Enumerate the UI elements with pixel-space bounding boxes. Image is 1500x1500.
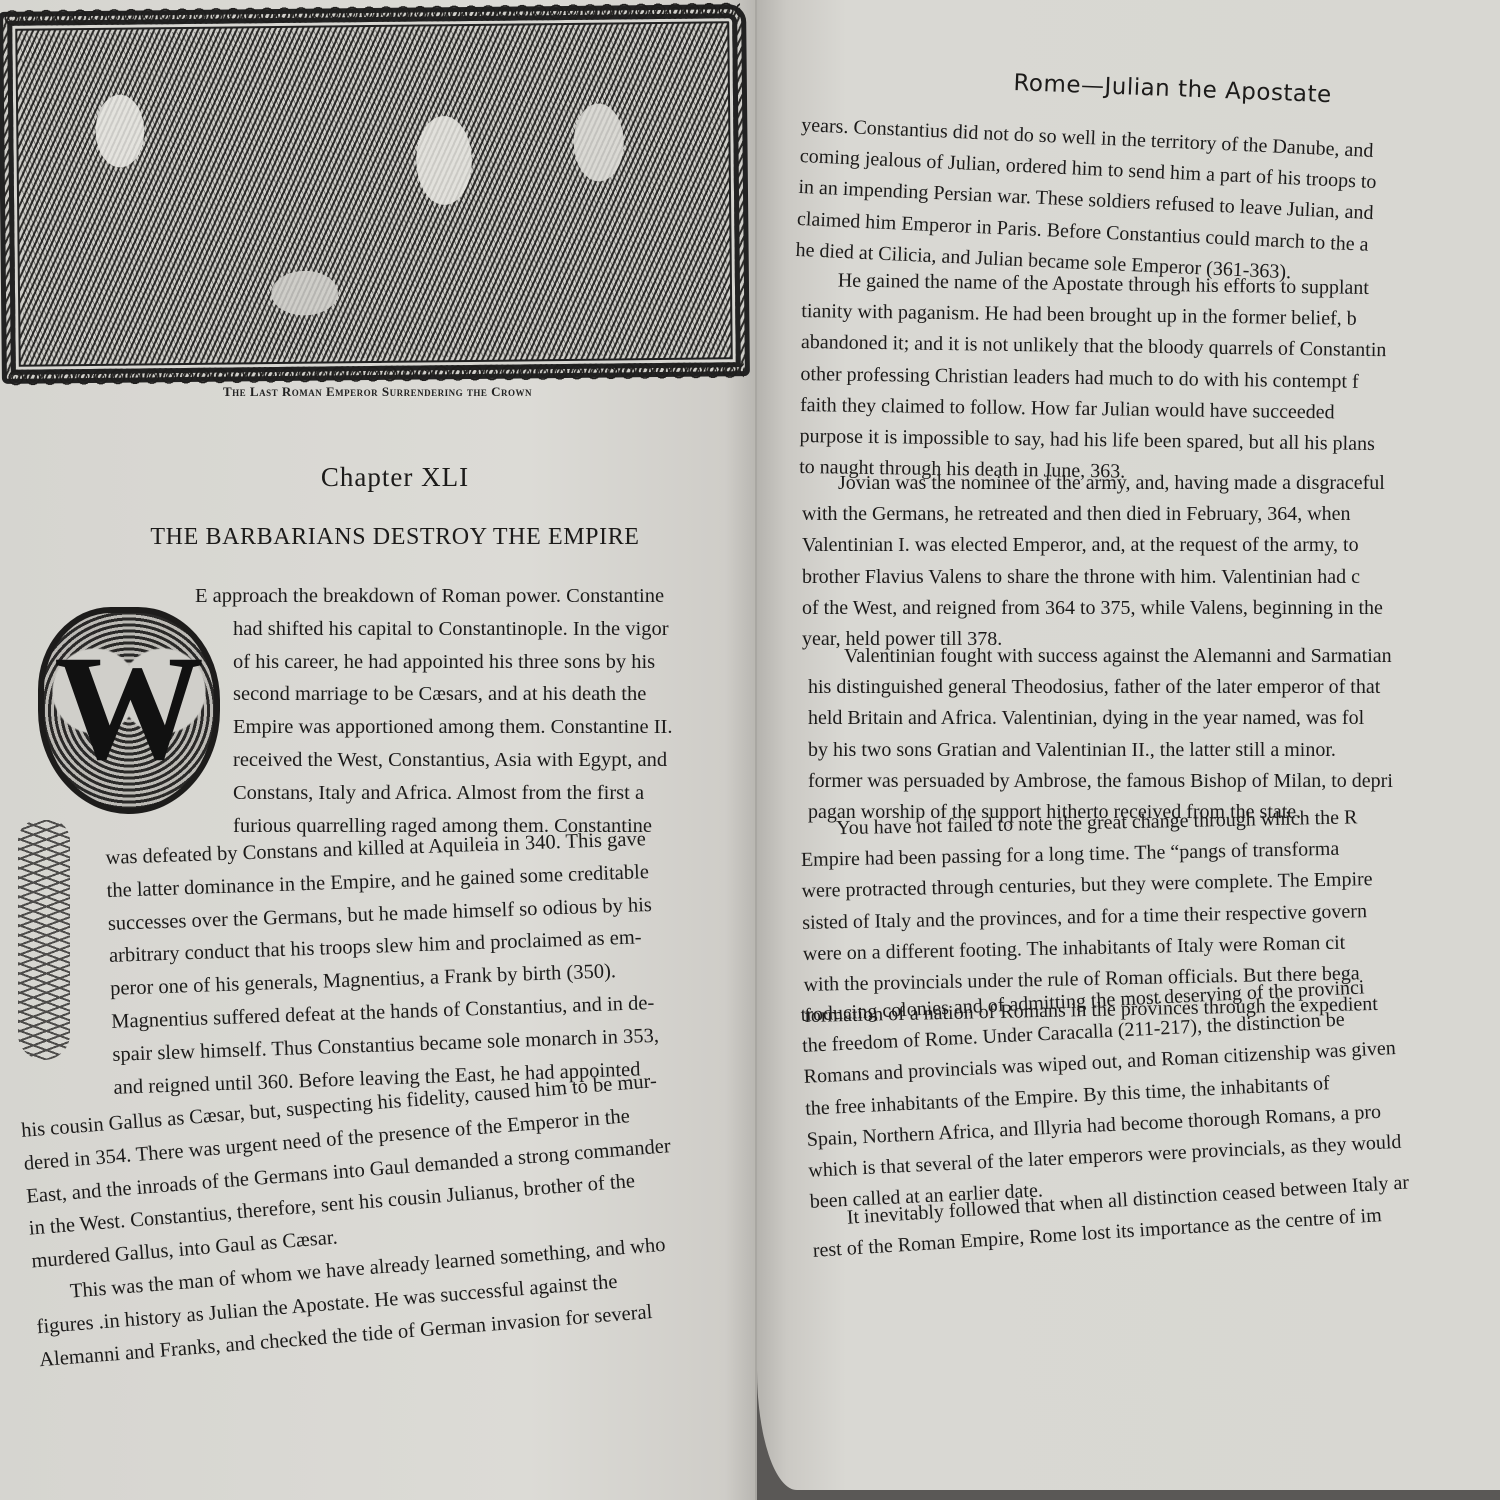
illuminated-drop-cap: W — [10, 572, 210, 822]
illustration-caption: The Last Roman Emperor Surrendering the … — [0, 384, 755, 400]
floral-vine-ornament — [18, 820, 70, 1060]
text-line: Valentinian fought with success against … — [808, 641, 1393, 672]
text-line: E approach the breakdown of Roman power.… — [195, 580, 673, 613]
right-paragraph-1: years. Constantius did not do so well in… — [795, 110, 1379, 292]
drop-cap-letter: W — [38, 607, 220, 814]
text-line: held Britain and Africa. Valentinian, dy… — [808, 703, 1393, 734]
text-line: Empire was apportioned among them. Const… — [233, 711, 673, 744]
text-line: Jovian was the nominee of the army, and,… — [802, 468, 1385, 499]
text-line: of his career, he had appointed his thre… — [233, 646, 673, 679]
right-paragraph-3: Jovian was the nominee of the army, and,… — [802, 468, 1385, 655]
text-line: received the West, Constantius, Asia wit… — [233, 744, 673, 777]
chapter-title: THE BARBARIANS DESTROY THE EMPIRE — [0, 524, 757, 551]
paragraph-1-continued: was defeated by Constans and killed at A… — [105, 823, 661, 1104]
chapter-illustration — [0, 4, 750, 384]
text-line: his distinguished general Theodosius, fa… — [808, 672, 1393, 703]
text-line: by his two sons Gratian and Valentinian … — [808, 735, 1393, 766]
left-page: The Last Roman Emperor Surrendering the … — [0, 0, 757, 1500]
right-paragraph-4: Valentinian fought with success against … — [808, 641, 1393, 828]
text-line: Constans, Italy and Africa. Almost from … — [233, 777, 673, 810]
text-line: of the West, and reigned from 364 to 375… — [802, 593, 1385, 624]
text-line: had shifted his capital to Constantinopl… — [233, 613, 673, 646]
paragraph-1-end-and-paragraph-2: his cousin Gallus as Cæsar, but, suspect… — [20, 1064, 685, 1376]
chapter-number: Chapter XLI — [0, 462, 757, 493]
right-paragraph-2: He gained the name of the Apostate throu… — [799, 265, 1387, 492]
text-line: second marriage to be Cæsars, and at his… — [233, 678, 673, 711]
text-line: with the Germans, he retreated and then … — [802, 499, 1385, 530]
engraving-image — [0, 4, 750, 384]
text-line: former was persuaded by Ambrose, the fam… — [808, 766, 1393, 797]
paragraph-1-wrapped: E approach the breakdown of Roman power.… — [195, 580, 673, 842]
text-line: brother Flavius Valens to share the thro… — [802, 562, 1385, 593]
text-line: Valentinian I. was elected Emperor, and,… — [802, 530, 1385, 561]
